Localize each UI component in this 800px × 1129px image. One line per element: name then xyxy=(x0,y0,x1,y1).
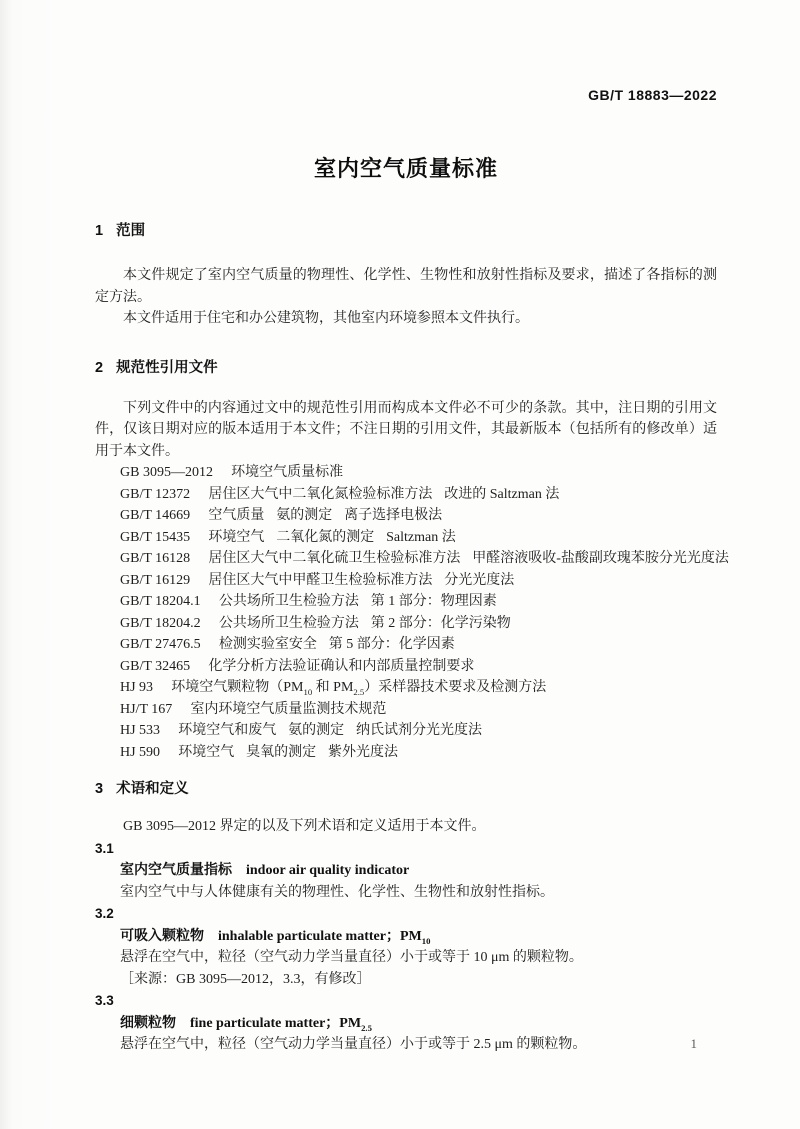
reference-code: GB/T 18204.1 xyxy=(120,594,201,609)
reference-title: 检测实验室安全第 5 部分：化学因素 xyxy=(219,637,455,652)
subscript: 10 xyxy=(422,935,431,945)
reference-item: GB/T 27476.5检测实验室安全第 5 部分：化学因素 xyxy=(120,634,717,656)
section-normative-references: 2规范性引用文件 下列文件中的内容通过文中的规范性引用而构成本文件必不可少的条款… xyxy=(95,358,717,764)
reference-title: 公共场所卫生检验方法第 1 部分：物理因素 xyxy=(219,594,497,609)
section-number: 2 xyxy=(95,360,103,376)
term-entry: 3.1室内空气质量指标indoor air quality indicator室… xyxy=(95,838,717,904)
subscript: 10 xyxy=(303,687,312,697)
reference-title: 环境空气颗粒物（PM10 和 PM2.5）采样器技术要求及检测方法 xyxy=(171,680,546,695)
reference-code: GB/T 15435 xyxy=(120,530,190,545)
reference-title: 居住区大气中二氧化氮检验标准方法改进的 Saltzman 法 xyxy=(208,487,559,502)
reference-code: GB/T 18204.2 xyxy=(120,616,201,631)
term-chinese: 细颗粒物 xyxy=(120,1014,176,1030)
term-source: ［来源：GB 3095—2012，3.3，有修改］ xyxy=(95,969,717,991)
document-page: GB/T 18883—2022 室内空气质量标准 1范围 本文件规定了室内空气质… xyxy=(0,0,800,1129)
reference-code: HJ 590 xyxy=(120,745,160,760)
reference-title: 室内环境空气质量监测技术规范 xyxy=(190,702,386,717)
reference-title: 环境空气二氧化氮的测定Saltzman 法 xyxy=(208,530,455,545)
reference-title: 环境空气和废气氨的测定纳氏试剂分光光度法 xyxy=(178,723,482,738)
reference-item: GB/T 32465化学分析方法验证确认和内部质量控制要求 xyxy=(120,656,717,678)
section-3-heading: 3术语和定义 xyxy=(95,779,717,799)
term-number: 3.3 xyxy=(95,990,717,1012)
reference-code: GB/T 16129 xyxy=(120,573,190,588)
reference-code: GB/T 12372 xyxy=(120,487,190,502)
subscript: 2.5 xyxy=(353,687,364,697)
term-chinese: 室内空气质量指标 xyxy=(120,861,232,877)
reference-title: 公共场所卫生检验方法第 2 部分：化学污染物 xyxy=(219,616,511,631)
page-number: 1 xyxy=(691,1036,698,1052)
reference-code: GB/T 16128 xyxy=(120,551,190,566)
section-title: 术语和定义 xyxy=(116,781,189,797)
term-definition: 悬浮在空气中，粒径（空气动力学当量直径）小于或等于 10 μm 的颗粒物。 xyxy=(95,947,717,969)
reference-code: GB 3095—2012 xyxy=(120,465,213,480)
reference-item: HJ 533环境空气和废气氨的测定纳氏试剂分光光度法 xyxy=(120,720,717,742)
reference-title: 环境空气臭氧的测定紫外光度法 xyxy=(178,745,398,760)
reference-code: HJ 533 xyxy=(120,723,160,738)
doc-code: GB/T 18883—2022 xyxy=(95,0,717,103)
reference-item: GB/T 14669空气质量氨的测定离子选择电极法 xyxy=(120,505,717,527)
references-intro: 下列文件中的内容通过文中的规范性引用而构成本文件必不可少的条款。其中，注日期的引… xyxy=(95,398,717,463)
section-2-heading: 2规范性引用文件 xyxy=(95,358,717,378)
reference-code: HJ 93 xyxy=(120,680,153,695)
section-1-heading: 1范围 xyxy=(95,221,717,241)
reference-code: HJ/T 167 xyxy=(120,702,172,717)
reference-code: GB/T 27476.5 xyxy=(120,637,201,652)
subscript: 2.5 xyxy=(361,1022,372,1032)
reference-title: 环境空气质量标准 xyxy=(231,465,343,480)
reference-item: HJ 590环境空气臭氧的测定紫外光度法 xyxy=(120,742,717,764)
page-content: GB/T 18883—2022 室内空气质量标准 1范围 本文件规定了室内空气质… xyxy=(0,0,800,1056)
term-english: fine particulate matter；PM2.5 xyxy=(190,1016,372,1031)
section-number: 3 xyxy=(95,781,103,797)
section-terms-definitions: 3术语和定义 GB 3095—2012 界定的以及下列术语和定义适用于本文件。 … xyxy=(95,779,717,1056)
term-line: 细颗粒物fine particulate matter；PM2.5 xyxy=(95,1012,717,1035)
reference-item: HJ 93环境空气颗粒物（PM10 和 PM2.5）采样器技术要求及检测方法 xyxy=(120,677,717,699)
term-definition: 室内空气中与人体健康有关的物理性、化学性、生物性和放射性指标。 xyxy=(95,882,717,904)
reference-item: GB/T 18204.1公共场所卫生检验方法第 1 部分：物理因素 xyxy=(120,591,717,613)
doc-title: 室内空气质量标准 xyxy=(95,155,717,183)
section-number: 1 xyxy=(95,223,103,239)
reference-title: 居住区大气中甲醛卫生检验标准方法分光光度法 xyxy=(208,573,514,588)
reference-item: GB/T 15435环境空气二氧化氮的测定Saltzman 法 xyxy=(120,527,717,549)
reference-item: GB/T 16129居住区大气中甲醛卫生检验标准方法分光光度法 xyxy=(120,570,717,592)
reference-item: GB/T 18204.2公共场所卫生检验方法第 2 部分：化学污染物 xyxy=(120,613,717,635)
term-number: 3.2 xyxy=(95,903,717,925)
reference-item: HJ/T 167室内环境空气质量监测技术规范 xyxy=(120,699,717,721)
term-definition: 悬浮在空气中，粒径（空气动力学当量直径）小于或等于 2.5 μm 的颗粒物。 xyxy=(95,1034,717,1056)
term-entry: 3.3细颗粒物fine particulate matter；PM2.5悬浮在空… xyxy=(95,990,717,1056)
section-scope: 1范围 本文件规定了室内空气质量的物理性、化学性、生物性和放射性指标及要求，描述… xyxy=(95,221,717,330)
term-line: 可吸入颗粒物inhalable particulate matter；PM10 xyxy=(95,925,717,948)
reference-title: 化学分析方法验证确认和内部质量控制要求 xyxy=(208,659,474,674)
reference-item: GB/T 16128居住区大气中二氧化硫卫生检验标准方法甲醛溶液吸收-盐酸副玫瑰… xyxy=(120,548,717,570)
term-chinese: 可吸入颗粒物 xyxy=(120,927,204,943)
scope-paragraph-1: 本文件规定了室内空气质量的物理性、化学性、生物性和放射性指标及要求，描述了各指标… xyxy=(95,265,717,308)
reference-title: 居住区大气中二氧化硫卫生检验标准方法甲醛溶液吸收-盐酸副玫瑰苯胺分光光度法 xyxy=(208,551,729,566)
term-english: indoor air quality indicator xyxy=(246,863,409,878)
reference-code: GB/T 14669 xyxy=(120,508,190,523)
term-number: 3.1 xyxy=(95,838,717,860)
term-english: inhalable particulate matter；PM10 xyxy=(218,929,430,944)
reference-list: GB 3095—2012环境空气质量标准GB/T 12372居住区大气中二氧化氮… xyxy=(95,462,717,763)
section-title: 范围 xyxy=(116,223,145,239)
term-line: 室内空气质量指标indoor air quality indicator xyxy=(95,859,717,882)
reference-title: 空气质量氨的测定离子选择电极法 xyxy=(208,508,442,523)
section-title: 规范性引用文件 xyxy=(116,360,218,376)
reference-code: GB/T 32465 xyxy=(120,659,190,674)
term-entry: 3.2可吸入颗粒物inhalable particulate matter；PM… xyxy=(95,903,717,990)
reference-item: GB 3095—2012环境空气质量标准 xyxy=(120,462,717,484)
scope-paragraph-2: 本文件适用于住宅和办公建筑物，其他室内环境参照本文件执行。 xyxy=(95,308,717,330)
reference-item: GB/T 12372居住区大气中二氧化氮检验标准方法改进的 Saltzman 法 xyxy=(120,484,717,506)
term-entries: 3.1室内空气质量指标indoor air quality indicator室… xyxy=(95,838,717,1056)
terms-intro: GB 3095—2012 界定的以及下列术语和定义适用于本文件。 xyxy=(95,816,717,838)
